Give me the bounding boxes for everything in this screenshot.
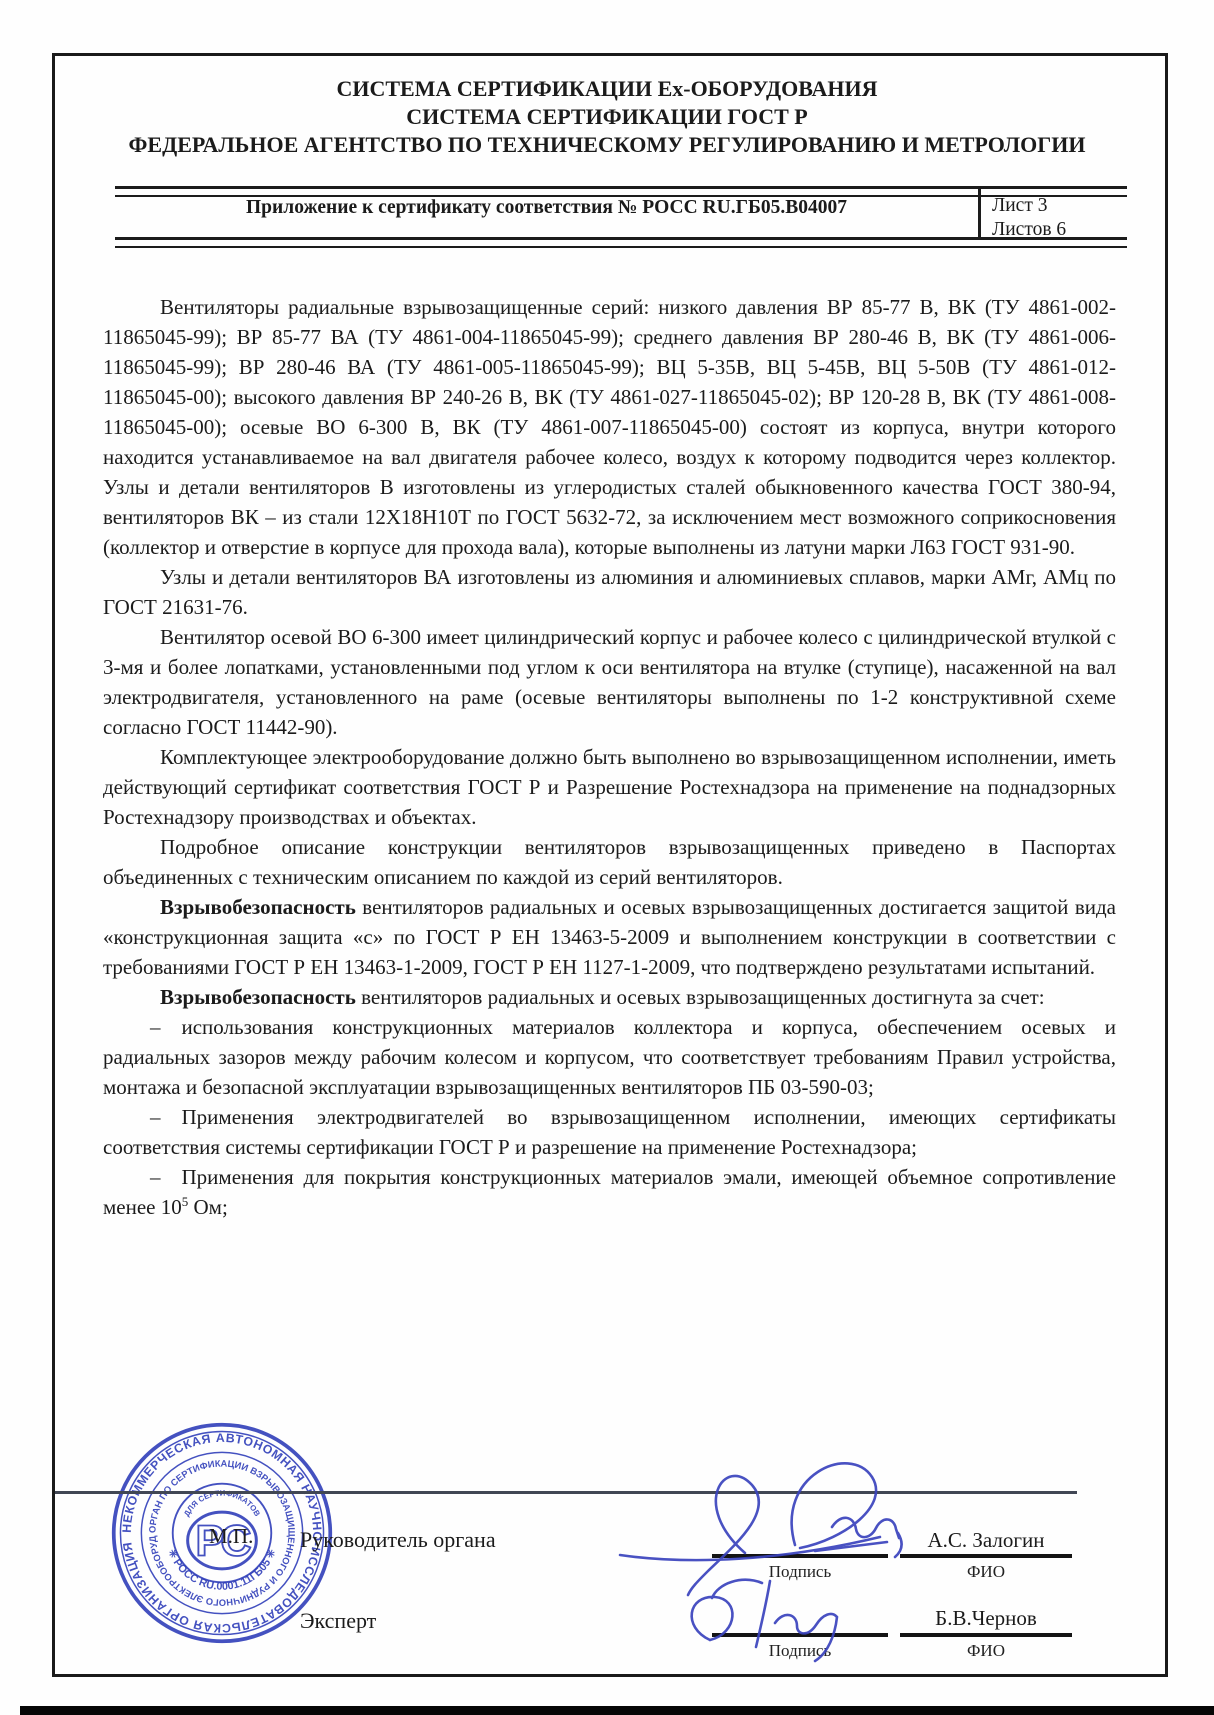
paragraph-explosion-safety-2: Взрывобезопасность вентиляторов радиальн… (103, 982, 1116, 1012)
expert-signature-ink (692, 1580, 837, 1661)
bullet-construction-materials: – использования конструкционных материал… (103, 1012, 1116, 1102)
bold-lead: Взрывобезопасность (160, 985, 356, 1009)
bullet-enamel: – Применения для покрытия конструкционны… (103, 1162, 1116, 1222)
paragraph-va-materials: Узлы и детали вентиляторов ВА изготовлен… (103, 562, 1116, 622)
header-line-1: СИСТЕМА СЕРТИФИКАЦИИ Ex-ОБОРУДОВАНИЯ (0, 76, 1214, 102)
head-of-body-label: Руководитель органа (300, 1527, 496, 1553)
appendix-title: Приложение к сертификату соответствия № … (115, 197, 978, 219)
sheet-number: Лист 3 (992, 194, 1162, 218)
head-signature-ink (620, 1463, 902, 1595)
subheader-rule-top (115, 186, 1127, 197)
paragraph-fans-series: Вентиляторы радиальные взрывозащищенные … (103, 292, 1116, 562)
bold-lead: Взрывобезопасность (160, 895, 356, 919)
paragraph-text: вентиляторов радиальных и осевых взрывоз… (356, 985, 1045, 1009)
expert-label: Эксперт (300, 1608, 376, 1634)
paragraph-text: Ом; (188, 1195, 228, 1219)
header-line-3: ФЕДЕРАЛЬНОЕ АГЕНТСТВО ПО ТЕХНИЧЕСКОМУ РЕ… (0, 132, 1214, 158)
document-body: Вентиляторы радиальные взрывозащищенные … (103, 292, 1116, 1222)
signature-ink-overlay (560, 1415, 1120, 1665)
subheader-rule-bottom (115, 237, 1127, 248)
paragraph-detailed-description: Подробное описание конструкции вентилято… (103, 832, 1116, 892)
paragraph-text: – Применения для покрытия конструкционны… (103, 1165, 1116, 1219)
bullet-motors: – Применения электродвигателей во взрыво… (103, 1102, 1116, 1162)
paragraph-explosion-safety-1: Взрывобезопасность вентиляторов радиальн… (103, 892, 1116, 982)
scan-edge-artifact (20, 1706, 1214, 1715)
certificate-page: СИСТЕМА СЕРТИФИКАЦИИ Ex-ОБОРУДОВАНИЯ СИС… (0, 0, 1214, 1715)
paragraph-electrical-equipment: Комплектующее электрооборудование должно… (103, 742, 1116, 832)
header-line-2: СИСТЕМА СЕРТИФИКАЦИИ ГОСТ Р (0, 104, 1214, 130)
seal-place-label: М.П. (209, 1524, 253, 1549)
subheader-divider (978, 189, 981, 239)
paragraph-axial-fan: Вентилятор осевой ВО 6-300 имеет цилиндр… (103, 622, 1116, 742)
